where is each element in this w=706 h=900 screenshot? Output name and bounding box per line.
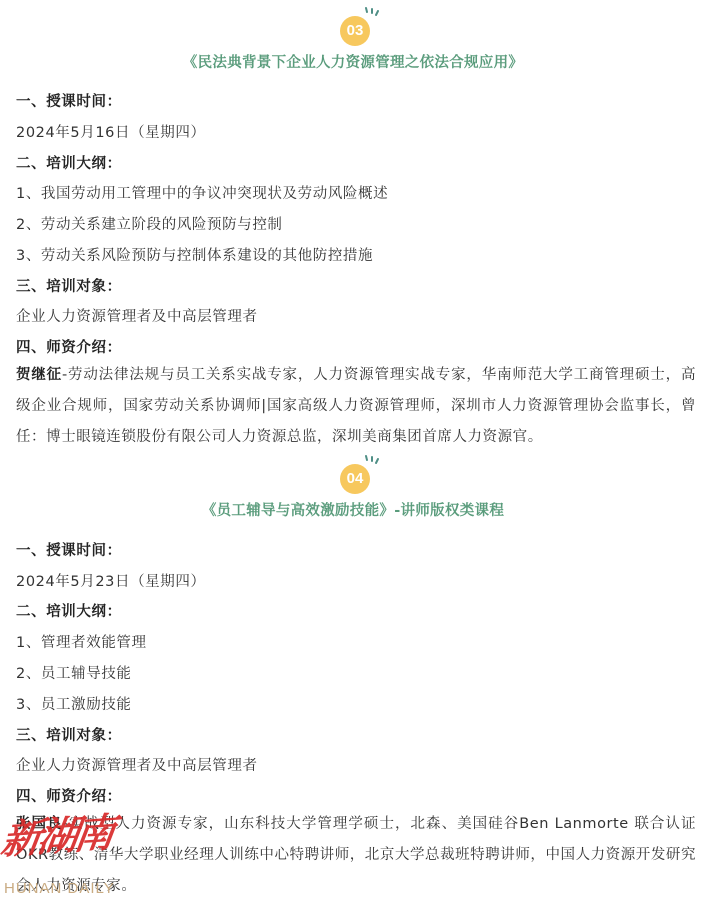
teacher-heading: 四、师资介绍： xyxy=(16,336,122,357)
sparkle-icon xyxy=(362,454,384,468)
course-title: 《民法典背景下企业人力资源管理之依法合规应用》 xyxy=(0,51,706,72)
outline-item: 2、劳动关系建立阶段的风险预防与控制 xyxy=(16,213,283,234)
course-date: 2024年5月23日（星期四） xyxy=(16,570,206,591)
outline-heading: 二、培训大纲： xyxy=(16,600,122,621)
teacher-bio: 贺继征-劳动法律法规与员工关系实战专家，人力资源管理实战专家，华南师范大学工商管… xyxy=(16,360,696,453)
outline-item: 1、我国劳动用工管理中的争议冲突现状及劳动风险概述 xyxy=(16,182,388,203)
course-title-text: 《民法典背景下企业人力资源管理之依法合规应用》 xyxy=(175,51,531,72)
teacher-bio-text: -劳动法律法规与员工关系实战专家，人力资源管理实战专家，华南师范大学工商管理硕士… xyxy=(16,367,696,445)
teacher-name: 贺继征 xyxy=(16,367,62,383)
outline-heading: 二、培训大纲： xyxy=(16,152,122,173)
course-date: 2024年5月16日（星期四） xyxy=(16,121,206,142)
sparkle-icon xyxy=(362,6,384,20)
outline-item: 2、员工辅导技能 xyxy=(16,662,132,683)
time-heading: 一、授课时间： xyxy=(16,539,122,560)
section-number-badge: 03 xyxy=(340,16,370,46)
course-title-text: 《员工辅导与高效激励技能》-讲师版权类课程 xyxy=(194,499,512,520)
audience-heading: 三、培训对象： xyxy=(16,724,122,745)
article-page: 03 《民法典背景下企业人力资源管理之依法合规应用》 一、授课时间： 2024年… xyxy=(0,0,706,900)
section-number-badge: 04 xyxy=(340,464,370,494)
course-title: 《员工辅导与高效激励技能》-讲师版权类课程 xyxy=(0,499,706,520)
audience-text: 企业人力资源管理者及中高层管理者 xyxy=(16,754,258,775)
teacher-name: 张国良 xyxy=(16,816,63,832)
section-badge-03: 03 xyxy=(340,6,400,46)
time-heading: 一、授课时间： xyxy=(16,90,122,111)
outline-item: 1、管理者效能管理 xyxy=(16,631,147,652)
section-badge-04: 04 xyxy=(340,454,400,494)
outline-item: 3、劳动关系风险预防与控制体系建设的其他防控措施 xyxy=(16,244,373,265)
audience-text: 企业人力资源管理者及中高层管理者 xyxy=(16,305,258,326)
teacher-heading: 四、师资介绍： xyxy=(16,785,122,806)
teacher-bio: 张国良-实战型人力资源专家，山东科技大学管理学硕士，北森、美国硅谷Ben Lan… xyxy=(16,809,696,900)
teacher-bio-text: -实战型人力资源专家，山东科技大学管理学硕士，北森、美国硅谷Ben Lanmor… xyxy=(16,816,696,894)
audience-heading: 三、培训对象： xyxy=(16,275,122,296)
outline-item: 3、员工激励技能 xyxy=(16,693,132,714)
